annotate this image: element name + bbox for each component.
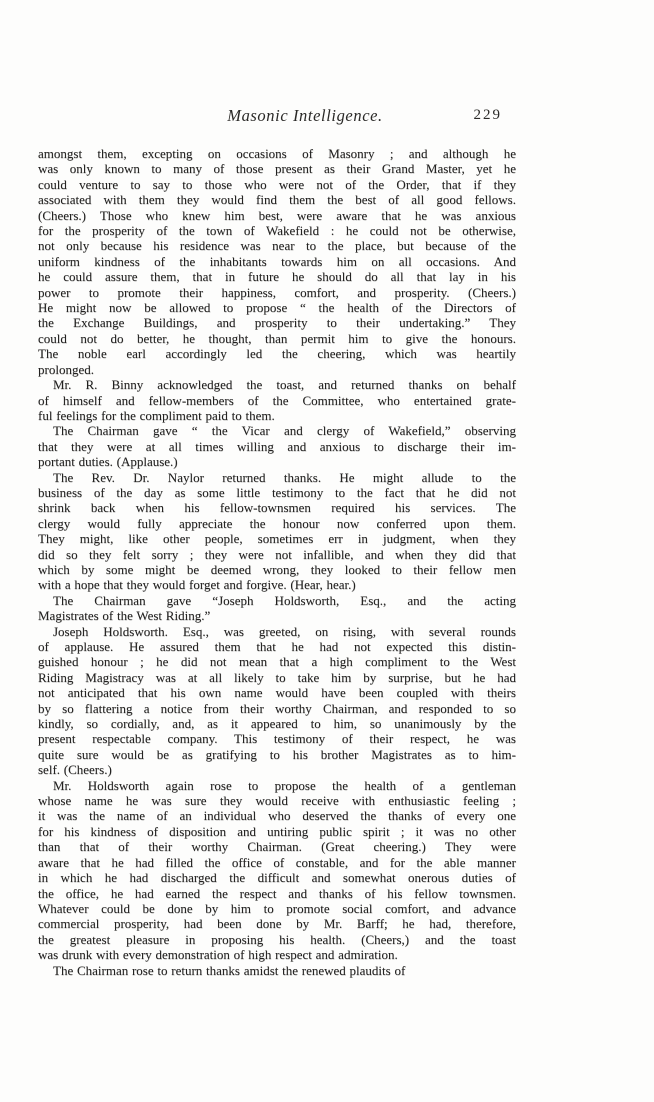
- paragraph: The Rev. Dr. Naylor returned thanks. He …: [38, 470, 516, 593]
- text-line: uniform kindness of the inhabitants towa…: [38, 254, 516, 269]
- text-line: power to promote their happiness, comfor…: [38, 285, 516, 300]
- text-line: was only known to many of those present …: [38, 161, 516, 176]
- text-line: could not do better, he thought, than pe…: [38, 331, 516, 346]
- text-line: prolonged.: [38, 362, 516, 377]
- paragraph: Mr. Holdsworth again rose to propose the…: [38, 778, 516, 963]
- text-line: Riding Magistracy was at all likely to t…: [38, 670, 516, 685]
- text-line: The Rev. Dr. Naylor returned thanks. He …: [38, 470, 516, 485]
- text-line: ful feelings for the compliment paid to …: [38, 408, 516, 423]
- running-title: Masonic Intelligence.: [66, 106, 544, 126]
- text-line: it was the name of an individual who des…: [38, 808, 516, 823]
- text-line: he could assure them, that in future he …: [38, 269, 516, 284]
- text-line: Magistrates of the West Riding.”: [38, 608, 516, 623]
- text-line: amongst them, excepting on occasions of …: [38, 146, 516, 161]
- text-line: (Cheers.) Those who knew him best, were …: [38, 208, 516, 223]
- text-line: Mr. R. Binny acknowledged the toast, and…: [38, 377, 516, 392]
- text-line: portant duties. (Applause.): [38, 454, 516, 469]
- paragraph: Mr. R. Binny acknowledged the toast, and…: [38, 377, 516, 423]
- text-line: quite sure would be as gratifying to his…: [38, 747, 516, 762]
- text-line: for his kindness of disposition and unti…: [38, 824, 516, 839]
- text-line: of himself and fellow-members of the Com…: [38, 393, 516, 408]
- text-line: the office, he had earned the respect an…: [38, 886, 516, 901]
- paragraph: The Chairman rose to return thanks amids…: [38, 963, 516, 978]
- text-line: present respectable company. This testim…: [38, 731, 516, 746]
- text-line: business of the day as some little testi…: [38, 485, 516, 500]
- text-line: in which he had discharged the difficult…: [38, 870, 516, 885]
- paragraph: The Chairman gave “Joseph Holdsworth, Es…: [38, 593, 516, 624]
- text-line: commercial prosperity, had been done by …: [38, 916, 516, 931]
- text-line: which by some might be deemed wrong, the…: [38, 562, 516, 577]
- text-block: Masonic Intelligence. 229 amongst them, …: [38, 106, 516, 978]
- text-line: for the prosperity of the town of Wakefi…: [38, 223, 516, 238]
- text-line: could venture to say to those who were n…: [38, 177, 516, 192]
- text-line: not only because his residence was near …: [38, 238, 516, 253]
- text-line: The Chairman rose to return thanks amids…: [38, 963, 516, 978]
- scanned-page: Masonic Intelligence. 229 amongst them, …: [0, 0, 654, 1102]
- paragraph: Joseph Holdsworth. Esq., was greeted, on…: [38, 624, 516, 778]
- paragraph: amongst them, excepting on occasions of …: [38, 146, 516, 377]
- paragraph: The Chairman gave “ the Vicar and clergy…: [38, 423, 516, 469]
- text-line: not anticipated that his own name would …: [38, 685, 516, 700]
- text-line: clergy would fully appreciate the honour…: [38, 516, 516, 531]
- text-line: was drunk with every demonstration of hi…: [38, 947, 516, 962]
- text-line: than that of their worthy Chairman. (Gre…: [38, 839, 516, 854]
- page-body: amongst them, excepting on occasions of …: [38, 146, 516, 978]
- page-header: Masonic Intelligence. 229: [38, 106, 516, 130]
- text-line: They might, like other people, sometimes…: [38, 531, 516, 546]
- text-line: aware that he had filled the office of c…: [38, 855, 516, 870]
- text-line: did so they felt sorry ; they were not i…: [38, 547, 516, 562]
- text-line: Whatever could be done by him to promote…: [38, 901, 516, 916]
- text-line: the greatest pleasure in proposing his h…: [38, 932, 516, 947]
- text-line: The noble earl accordingly led the cheer…: [38, 346, 516, 361]
- page-number: 229: [474, 107, 503, 124]
- text-line: self. (Cheers.): [38, 762, 516, 777]
- text-line: kindly, so cordially, and, as it appeare…: [38, 716, 516, 731]
- text-line: that they were at all times willing and …: [38, 439, 516, 454]
- text-line: of applause. He assured them that he had…: [38, 639, 516, 654]
- text-line: Mr. Holdsworth again rose to propose the…: [38, 778, 516, 793]
- text-line: He might now be allowed to propose “ the…: [38, 300, 516, 315]
- text-line: the Exchange Buildings, and prosperity t…: [38, 315, 516, 330]
- text-line: with a hope that they would forget and f…: [38, 577, 516, 592]
- text-line: The Chairman gave “Joseph Holdsworth, Es…: [38, 593, 516, 608]
- text-line: associated with them they would find the…: [38, 192, 516, 207]
- text-line: whose name he was sure they would receiv…: [38, 793, 516, 808]
- text-line: The Chairman gave “ the Vicar and clergy…: [38, 423, 516, 438]
- text-line: by so flattering a notice from their wor…: [38, 701, 516, 716]
- text-line: guished honour ; he did not mean that a …: [38, 654, 516, 669]
- text-line: shrink back when his fellow-townsmen req…: [38, 500, 516, 515]
- text-line: Joseph Holdsworth. Esq., was greeted, on…: [38, 624, 516, 639]
